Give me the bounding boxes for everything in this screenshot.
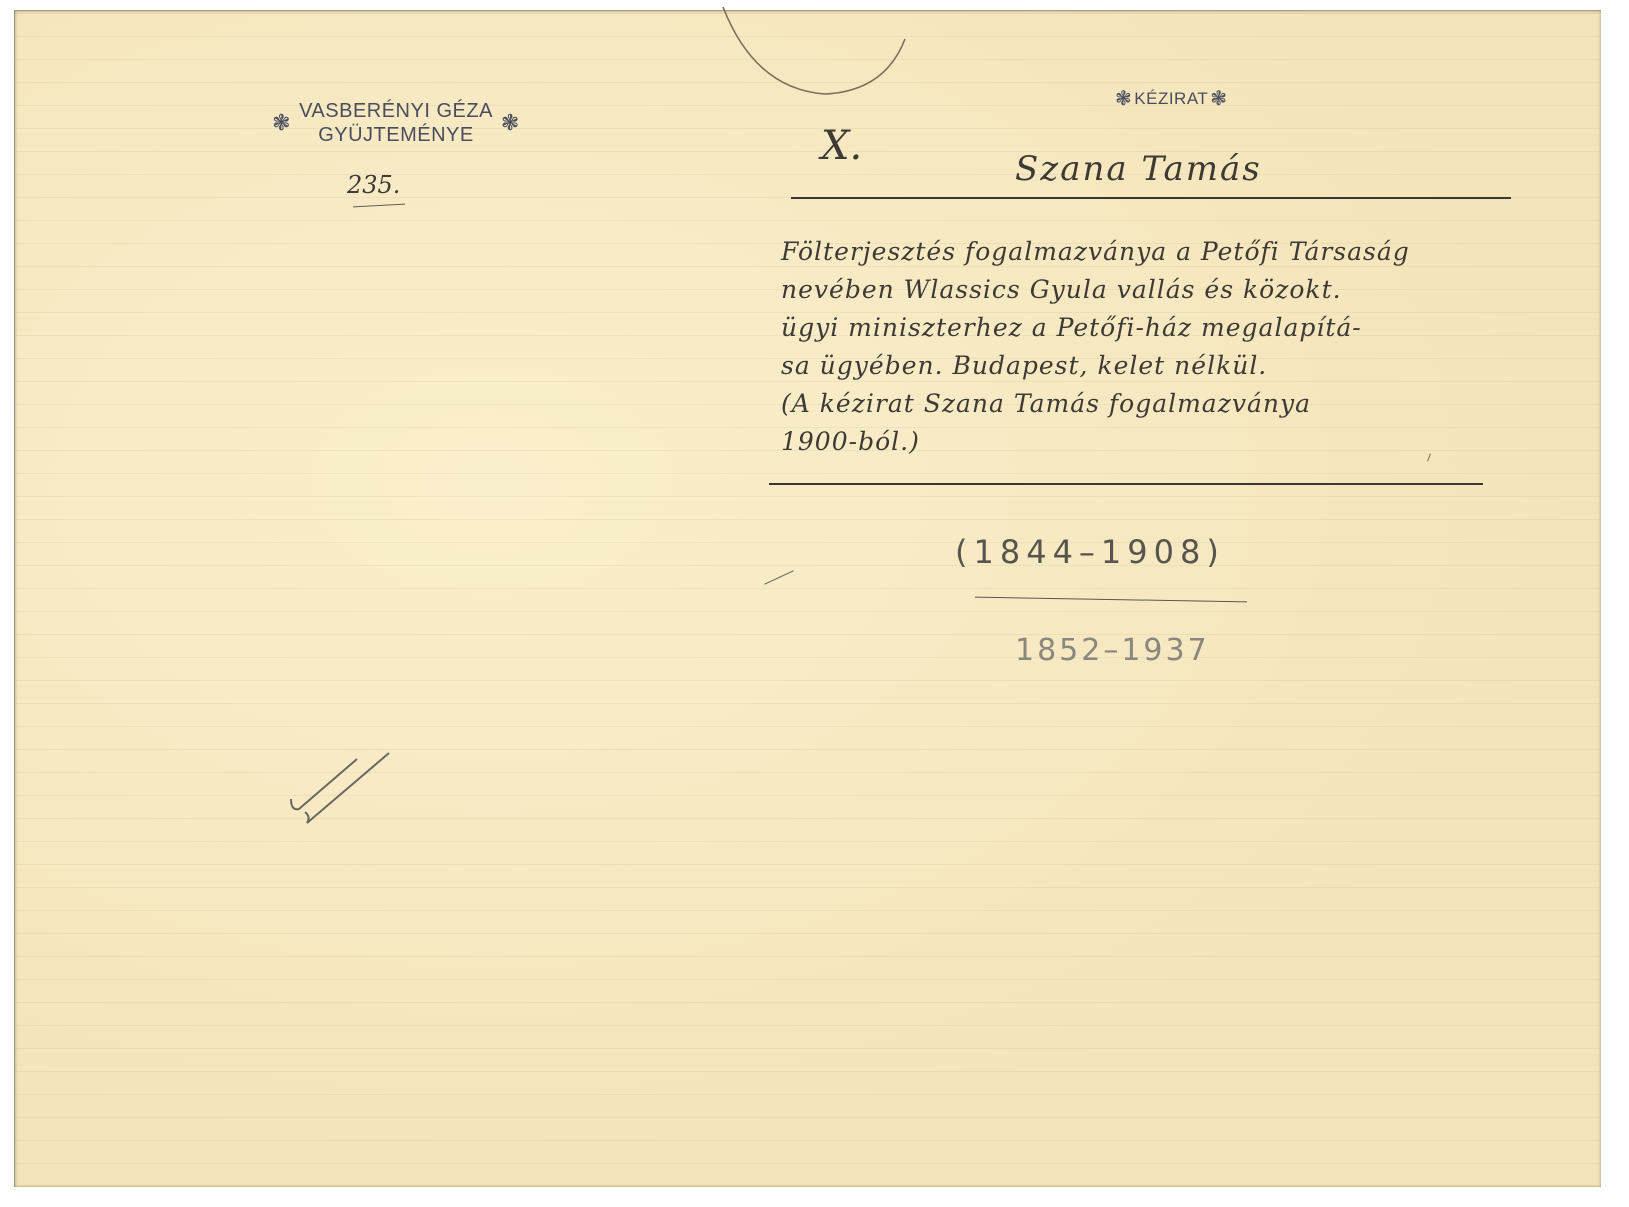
flower-ornament-icon: ❃ — [272, 111, 291, 135]
collection-stamp: ❃ VASBERÉNYI GÉZA GYÜJTEMÉNYE ❃ — [251, 99, 541, 147]
description-line: ügyi miniszterhez a Petőfi-ház megalapít… — [781, 309, 1410, 347]
catalog-number: 235. — [347, 171, 400, 199]
stray-pencil-mark — [764, 570, 793, 584]
author-mark: X. — [821, 123, 862, 169]
check-mark-icon — [277, 739, 417, 849]
life-dates-underline — [975, 597, 1247, 603]
description-line: 1900-ból.) — [781, 423, 1410, 461]
collection-name-line1: VASBERÉNYI GÉZA — [299, 99, 493, 123]
life-dates-pencil: 1852–1937 — [1015, 633, 1210, 668]
flower-ornament-icon: ❃ — [1210, 87, 1227, 111]
description-line: Fölterjesztés fogalmazványa a Petőfi Tár… — [781, 233, 1410, 271]
stray-pencil-mark — [1427, 454, 1431, 462]
fold-arc-mark — [695, 0, 915, 109]
description-line: nevében Wlassics Gyula vallás és közokt. — [781, 271, 1410, 309]
manuscript-stamp: ❃ KÉZIRAT ❃ — [1115, 87, 1228, 111]
author-underline — [791, 197, 1511, 199]
description-line: sa ügyében. Budapest, kelet nélkül. — [781, 347, 1410, 385]
description-block: Fölterjesztés fogalmazványa a Petőfi Tár… — [781, 233, 1410, 461]
description-line: (A kézirat Szana Tamás fogalmazványa — [781, 385, 1410, 423]
flower-ornament-icon: ❃ — [1115, 87, 1132, 111]
author-name: Szana Tamás — [1015, 149, 1262, 189]
collection-name-line2: GYÜJTEMÉNYE — [299, 123, 493, 147]
flower-ornament-icon: ❃ — [501, 111, 520, 135]
manuscript-label: KÉZIRAT — [1134, 87, 1208, 111]
description-underline — [769, 483, 1483, 485]
catalog-number-underline — [353, 204, 405, 208]
life-dates-ink: (1844–1908) — [955, 533, 1225, 571]
document-sheet: ❃ VASBERÉNYI GÉZA GYÜJTEMÉNYE ❃ 235. ❃ K… — [14, 10, 1601, 1187]
